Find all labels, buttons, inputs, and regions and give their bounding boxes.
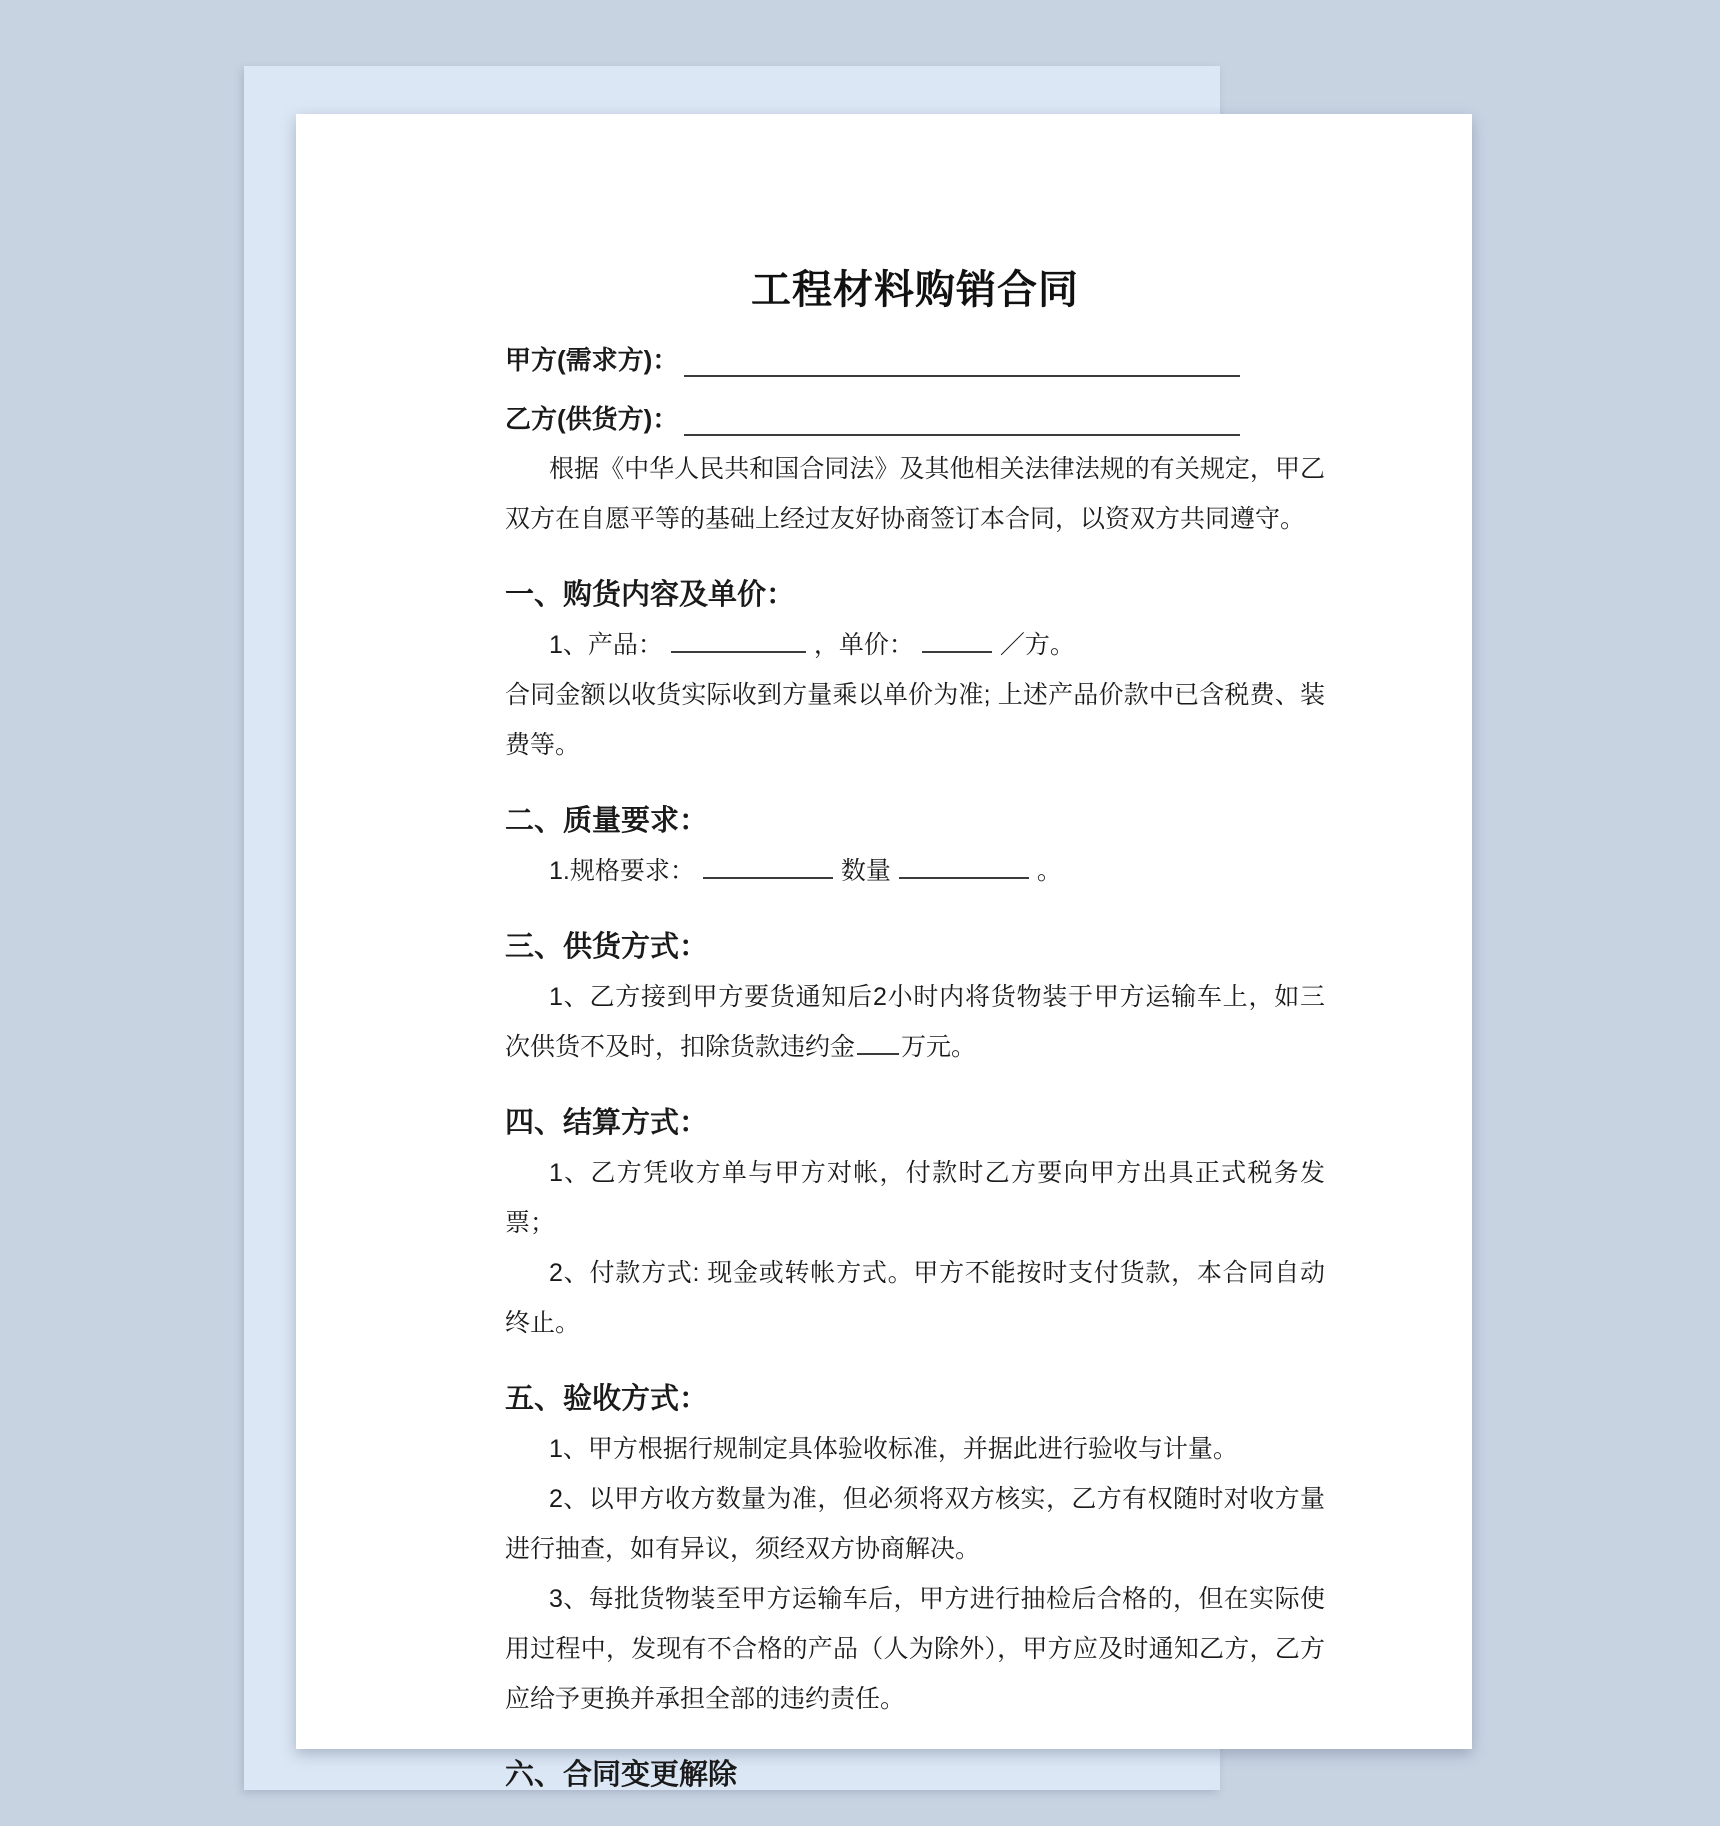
section-1-note: 合同金额以收货实际收到方量乘以单价为准; 上述产品价款中已含税费、装费等。: [505, 670, 1325, 770]
party-a-row: 甲方(需求方)：: [505, 343, 1240, 377]
section-5-item-2: 2、以甲方收方数量为准，但必须将双方核实，乙方有权随时对收方量进行抽查，如有异议…: [505, 1474, 1325, 1574]
contract-title: 工程材料购销合同: [505, 262, 1325, 318]
section-acceptance: 五、验收方式： 1、甲方根据行规制定具体验收标准，并据此进行验收与计量。 2、以…: [505, 1374, 1325, 1724]
section-supply-method: 三、供货方式： 1、乙方接到甲方要货通知后2小时内将货物装于甲方运输车上，如三次…: [505, 922, 1325, 1072]
section-4-item-2: 2、付款方式: 现金或转帐方式。甲方不能按时支付货款，本合同自动终止。: [505, 1248, 1325, 1348]
section-4-item-1: 1、乙方凭收方单与甲方对帐，付款时乙方要向甲方出具正式税务发票；: [505, 1148, 1325, 1248]
contract-page: 工程材料购销合同 甲方(需求方)： 乙方(供货方)： 根据《中华人民共和国合同法…: [296, 114, 1472, 1749]
section-1-heading: 一、购货内容及单价：: [505, 570, 1325, 620]
product-label: 1、产品：: [549, 631, 663, 659]
party-b-blank-field[interactable]: [684, 404, 1240, 436]
penalty-unit-text: 万元。: [901, 1033, 976, 1061]
section-6-heading: 六、合同变更解除: [505, 1750, 1325, 1800]
section-3-heading: 三、供货方式：: [505, 922, 1325, 972]
quantity-blank-field[interactable]: [899, 851, 1029, 879]
contract-content: 工程材料购销合同 甲方(需求方)： 乙方(供货方)： 根据《中华人民共和国合同法…: [505, 262, 1325, 1800]
section-modification: 六、合同变更解除: [505, 1750, 1325, 1800]
canvas-background: 工程材料购销合同 甲方(需求方)： 乙方(供货方)： 根据《中华人民共和国合同法…: [0, 0, 1720, 1826]
penalty-amount-blank-field[interactable]: [857, 1027, 899, 1055]
unit-price-label: ，单价：: [814, 631, 914, 659]
section-2-heading: 二、质量要求：: [505, 796, 1325, 846]
quantity-label: 数量: [841, 857, 891, 885]
section-2-item-1: 1.规格要求：数量。: [505, 846, 1325, 896]
spec-label: 1.规格要求：: [549, 857, 695, 885]
unit-price-blank-field[interactable]: [922, 625, 992, 653]
section-1-item-1: 1、产品：，单价：／方。: [505, 620, 1325, 670]
party-b-row: 乙方(供货方)：: [505, 402, 1240, 436]
section-purchase-content: 一、购货内容及单价： 1、产品：，单价：／方。 合同金额以收货实际收到方量乘以单…: [505, 570, 1325, 770]
section-5-heading: 五、验收方式：: [505, 1374, 1325, 1424]
party-a-label: 甲方(需求方)：: [505, 343, 678, 377]
section-4-heading: 四、结算方式：: [505, 1098, 1325, 1148]
section-5-item-1: 1、甲方根据行规制定具体验收标准，并据此进行验收与计量。: [505, 1424, 1325, 1474]
section-settlement: 四、结算方式： 1、乙方凭收方单与甲方对帐，付款时乙方要向甲方出具正式税务发票；…: [505, 1098, 1325, 1348]
spec-blank-field[interactable]: [703, 851, 833, 879]
intro-paragraph: 根据《中华人民共和国合同法》及其他相关法律法规的有关规定，甲乙双方在自愿平等的基…: [505, 444, 1325, 544]
section-quality: 二、质量要求： 1.规格要求：数量。: [505, 796, 1325, 896]
quantity-period: 。: [1037, 857, 1062, 885]
unit-price-suffix: ／方。: [1000, 631, 1075, 659]
section-5-item-3: 3、每批货物装至甲方运输车后，甲方进行抽检后合格的，但在实际使用过程中，发现有不…: [505, 1574, 1325, 1724]
party-a-blank-field[interactable]: [684, 345, 1240, 377]
section-3-item-1: 1、乙方接到甲方要货通知后2小时内将货物装于甲方运输车上，如三次供货不及时，扣除…: [505, 972, 1325, 1072]
product-blank-field[interactable]: [671, 625, 806, 653]
party-b-label: 乙方(供货方)：: [505, 402, 678, 436]
